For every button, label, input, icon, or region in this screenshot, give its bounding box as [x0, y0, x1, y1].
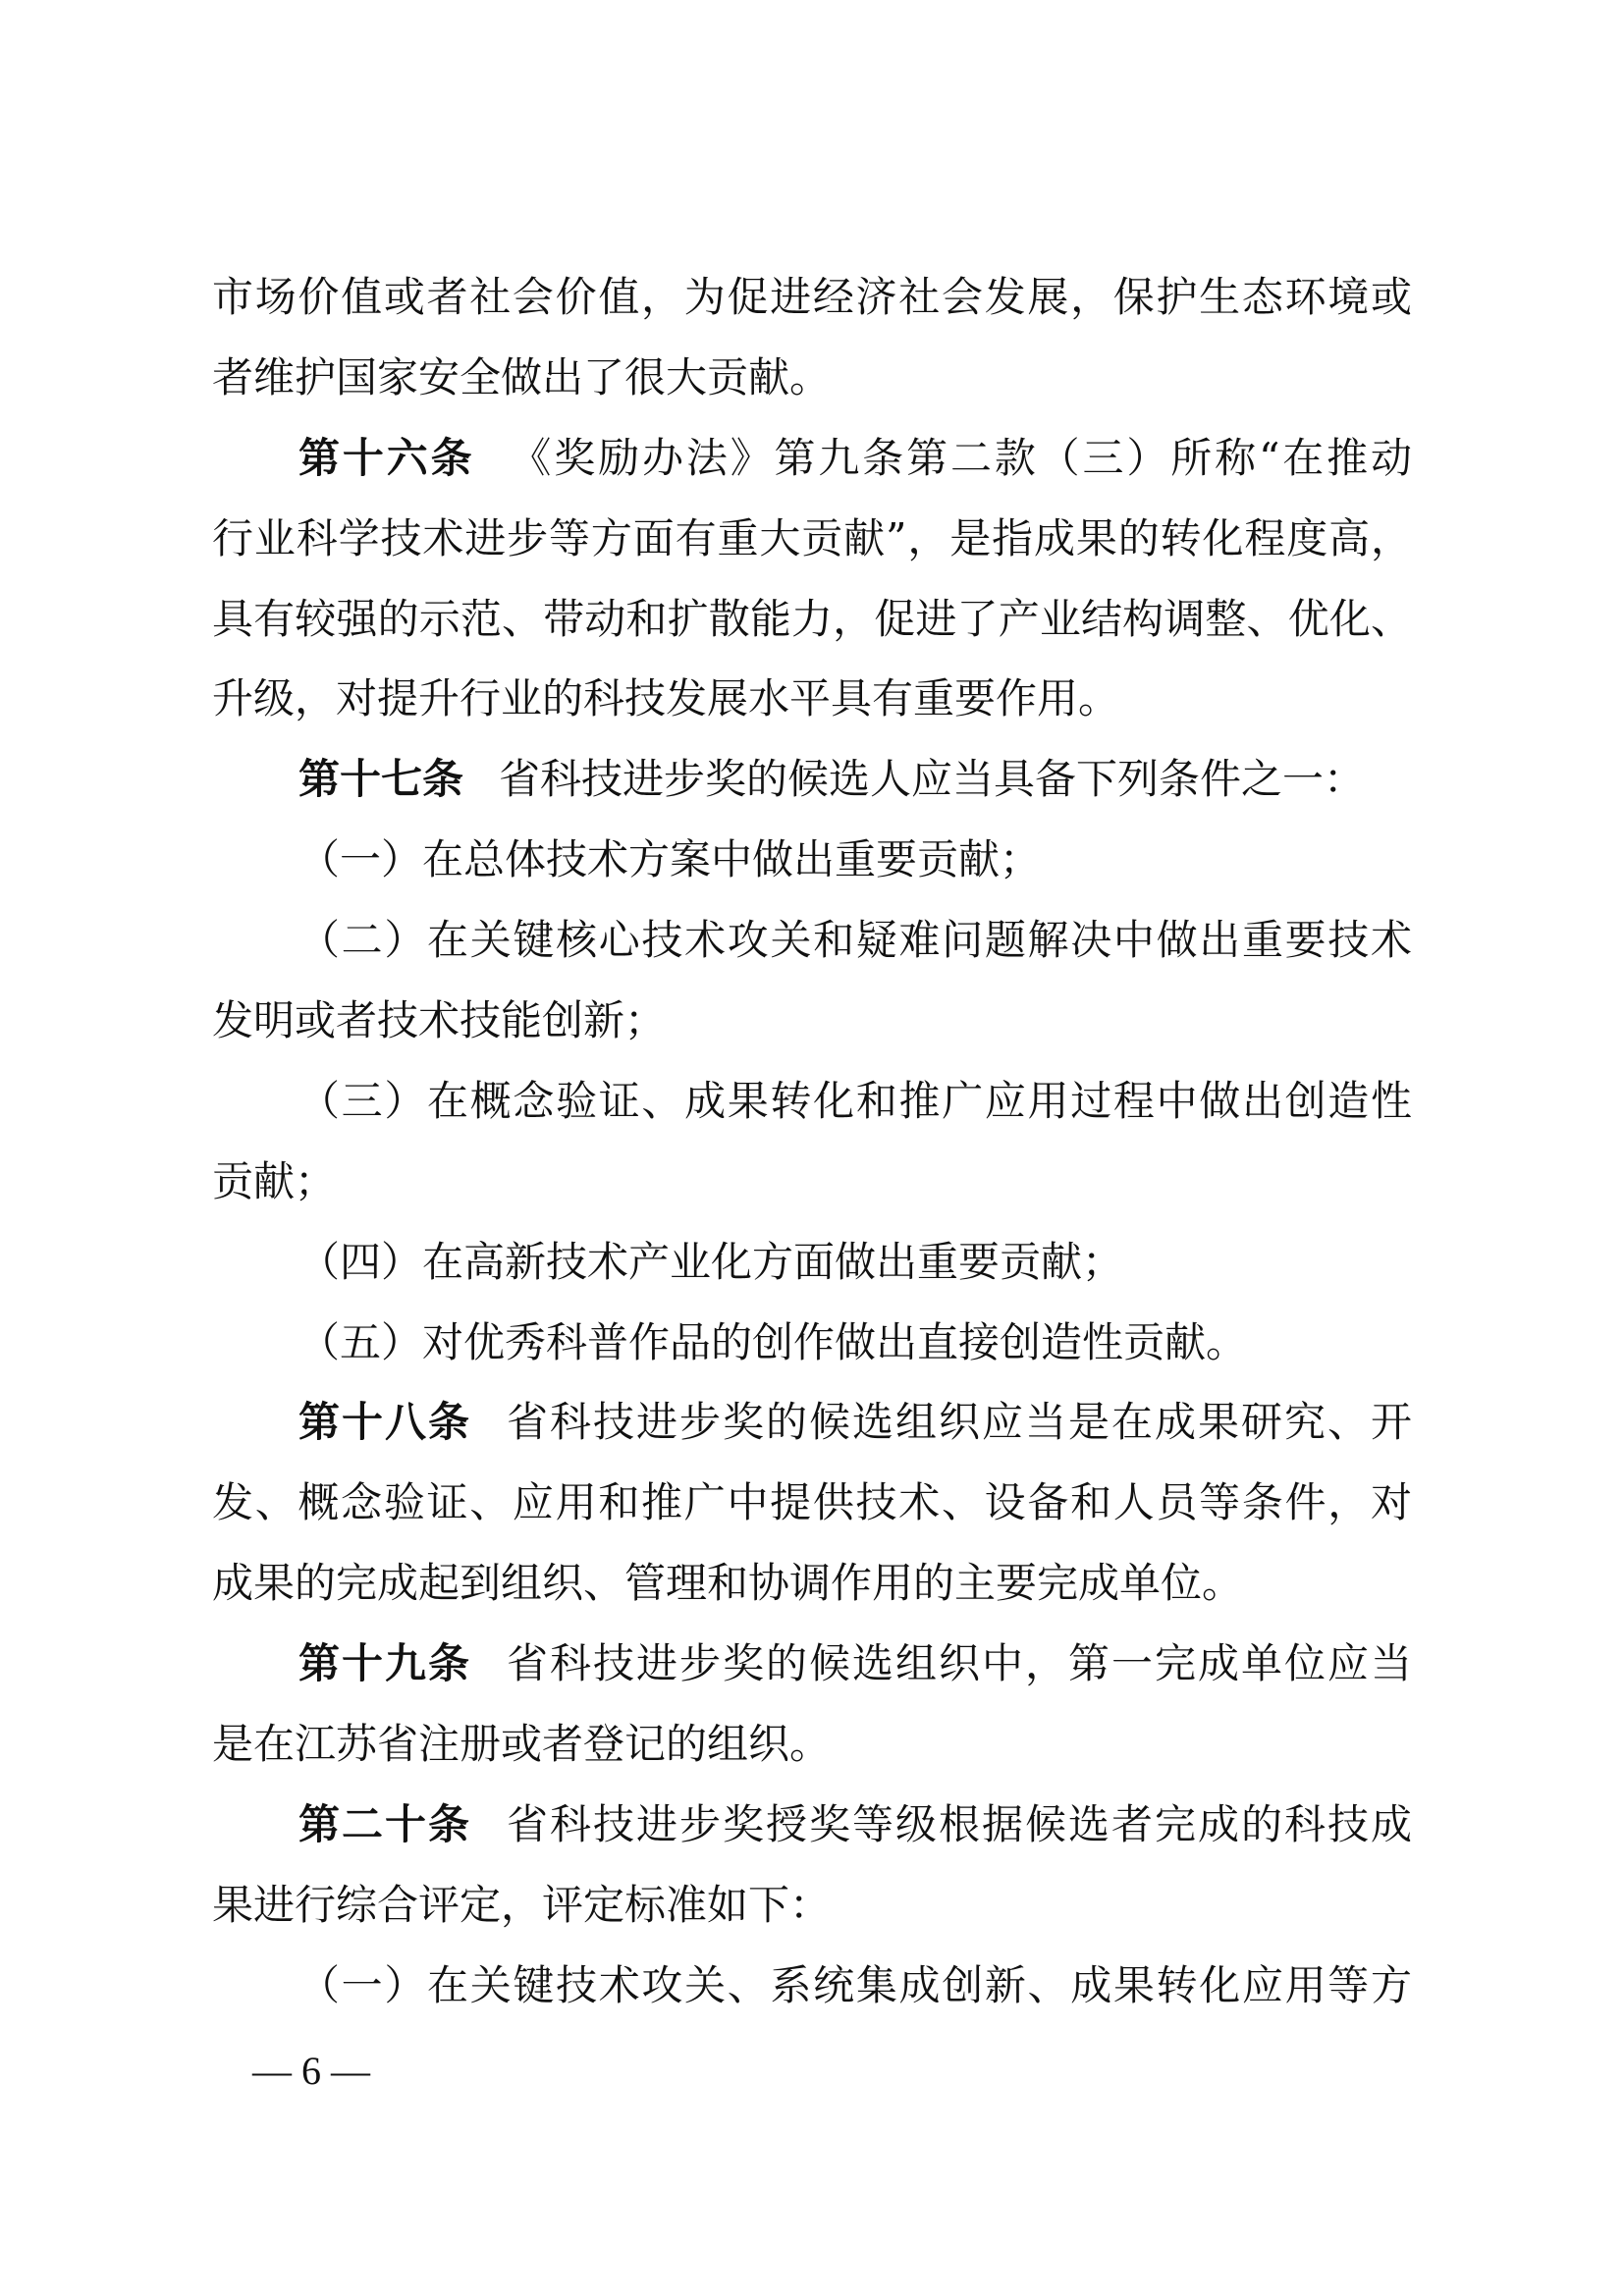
body-text: 市场价值或者社会价值，为促进经济社会发展，保护生态环境或 者维护国家安全做出了很…	[212, 257, 1412, 2026]
text-line: 发、概念验证、应用和推广中提供技术、设备和人员等条件，对	[212, 1463, 1412, 1543]
line-text: 发、概念验证、应用和推广中提供技术、设备和人员等条件，对	[212, 1478, 1412, 1526]
list-item: （二）在关键核心技术攻关和疑难问题解决中做出重要技术	[212, 900, 1412, 981]
text-line: 具有较强的示范、带动和扩散能力，促进了产业结构调整、优化、	[212, 579, 1412, 660]
text-line: 成果的完成起到组织、管理和协调作用的主要完成单位。	[212, 1543, 1412, 1624]
text-line: 果进行综合评定，评定标准如下：	[212, 1865, 1412, 1946]
article-heading: 第二十条	[298, 1800, 471, 1848]
line-text: 者维护国家安全做出了很大贡献。	[212, 353, 831, 401]
line-text: （四）在高新技术产业化方面做出重要贡献；	[298, 1238, 1123, 1286]
line-text: 果进行综合评定，评定标准如下：	[212, 1881, 831, 1929]
document-page: 市场价值或者社会价值，为促进经济社会发展，保护生态环境或 者维护国家安全做出了很…	[0, 0, 1624, 2296]
line-text: 省科技进步奖的候选组织中，第一完成单位应当	[507, 1639, 1412, 1687]
page-number: — 6 —	[252, 2048, 370, 2095]
line-text: 是在江苏省注册或者登记的组织。	[212, 1720, 831, 1768]
text-line: 市场价值或者社会价值，为促进经济社会发展，保护生态环境或	[212, 257, 1412, 338]
list-item: （四）在高新技术产业化方面做出重要贡献；	[212, 1222, 1412, 1303]
line-text: 省科技进步奖授奖等级根据候选者完成的科技成	[507, 1800, 1412, 1848]
article-18-heading-line: 第十八条省科技进步奖的候选组织应当是在成果研究、开	[212, 1382, 1412, 1463]
line-text: （二）在关键核心技术攻关和疑难问题解决中做出重要技术	[298, 916, 1412, 964]
list-item: （三）在概念验证、成果转化和推广应用过程中做出创造性	[212, 1061, 1412, 1142]
text-line: 升级，对提升行业的科技发展水平具有重要作用。	[212, 659, 1412, 739]
text-line: 是在江苏省注册或者登记的组织。	[212, 1704, 1412, 1785]
line-text: （五）对优秀科普作品的创作做出直接创造性贡献。	[298, 1318, 1247, 1366]
line-text: 市场价值或者社会价值，为促进经济社会发展，保护生态环境或	[212, 273, 1412, 321]
line-text: 《奖励办法》第九条第二款（三）所称“在推动	[510, 434, 1412, 482]
list-item: （一）在关键技术攻关、系统集成创新、成果转化应用等方	[212, 1946, 1412, 2026]
article-16-heading-line: 第十六条《奖励办法》第九条第二款（三）所称“在推动	[212, 418, 1412, 499]
line-text: 贡献；	[212, 1157, 336, 1205]
article-20-heading-line: 第二十条省科技进步奖授奖等级根据候选者完成的科技成	[212, 1785, 1412, 1865]
list-item: （五）对优秀科普作品的创作做出直接创造性贡献。	[212, 1303, 1412, 1383]
article-heading: 第十九条	[298, 1639, 471, 1687]
list-item: （一）在总体技术方案中做出重要贡献；	[212, 820, 1412, 900]
line-text: （一）在关键技术攻关、系统集成创新、成果转化应用等方	[298, 1961, 1412, 2009]
line-text: （一）在总体技术方案中做出重要贡献；	[298, 835, 1041, 883]
article-17-heading-line: 第十七条省科技进步奖的候选人应当具备下列条件之一：	[212, 739, 1412, 820]
line-text: 成果的完成起到组织、管理和协调作用的主要完成单位。	[212, 1559, 1243, 1607]
article-heading: 第十七条	[298, 755, 463, 803]
text-line: 贡献；	[212, 1142, 1412, 1222]
line-text: 升级，对提升行业的科技发展水平具有重要作用。	[212, 674, 1119, 722]
text-line: 行业科学技术进步等方面有重大贡献”，是指成果的转化程度高，	[212, 499, 1412, 579]
article-19-heading-line: 第十九条省科技进步奖的候选组织中，第一完成单位应当	[212, 1624, 1412, 1704]
article-heading: 第十八条	[298, 1398, 471, 1446]
line-text: 行业科学技术进步等方面有重大贡献”，是指成果的转化程度高，	[212, 514, 1412, 562]
text-line: 发明或者技术技能创新；	[212, 981, 1412, 1061]
line-text: 省科技进步奖的候选人应当具备下列条件之一：	[499, 755, 1365, 803]
line-text: （三）在概念验证、成果转化和推广应用过程中做出创造性	[298, 1077, 1412, 1125]
line-text: 具有较强的示范、带动和扩散能力，促进了产业结构调整、优化、	[212, 595, 1412, 643]
line-text: 省科技进步奖的候选组织应当是在成果研究、开	[507, 1398, 1412, 1446]
text-line: 者维护国家安全做出了很大贡献。	[212, 338, 1412, 418]
article-heading: 第十六条	[298, 434, 474, 482]
line-text: 发明或者技术技能创新；	[212, 996, 666, 1044]
